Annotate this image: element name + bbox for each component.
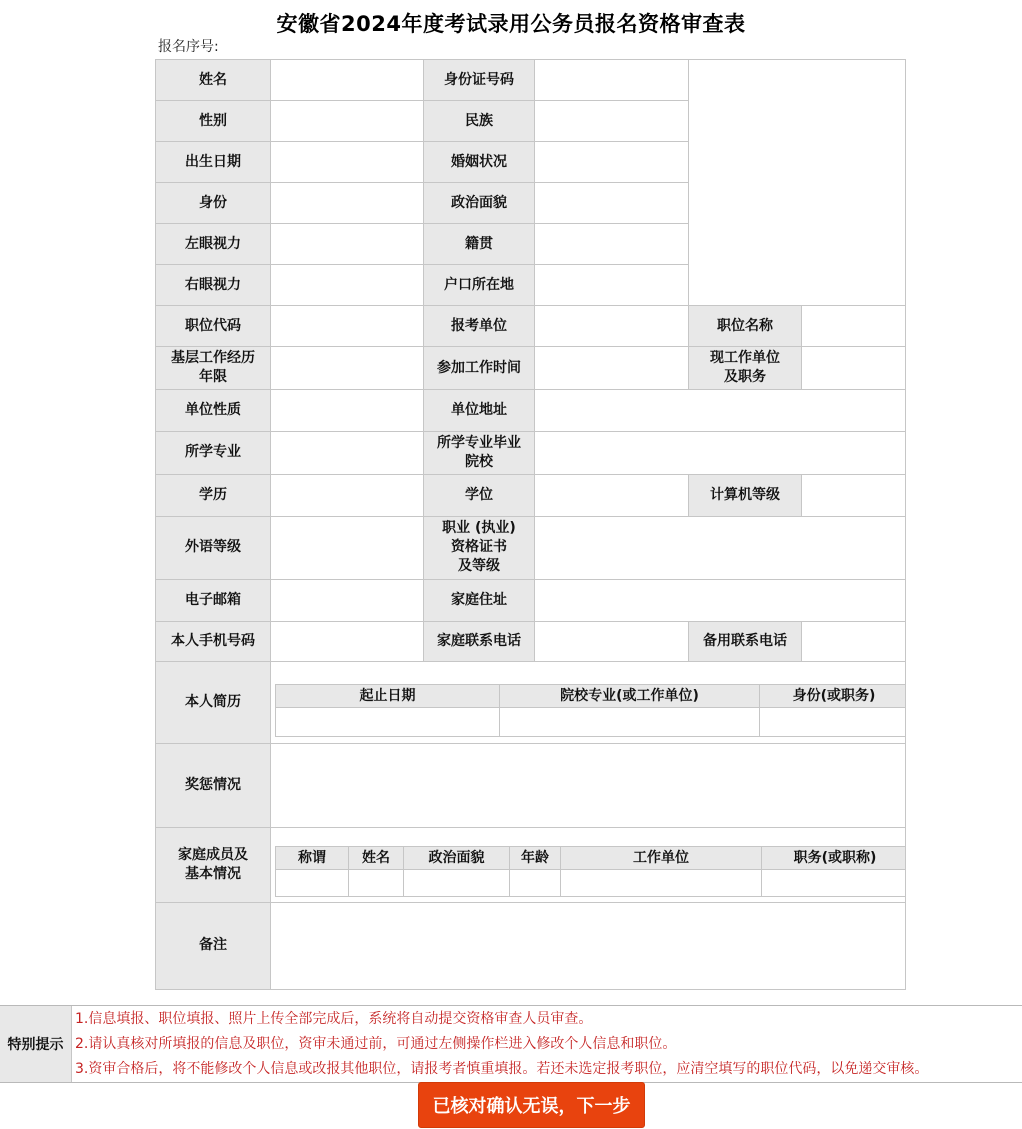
field-value-native-place bbox=[535, 224, 689, 265]
family-row-relation bbox=[276, 870, 349, 897]
field-label-gender: 性别 bbox=[156, 101, 271, 142]
field-value-marital-status bbox=[535, 142, 689, 183]
field-label-degree: 学位 bbox=[424, 474, 535, 516]
field-label-position-name: 职位名称 bbox=[689, 306, 802, 347]
field-label-marital-status: 婚姻状况 bbox=[424, 142, 535, 183]
notice-item-3: 3.资审合格后，将不能修改个人信息或改报其他职位，请报考者慎重填报。若还未选定报… bbox=[75, 1057, 1022, 1082]
field-value-backup-phone bbox=[802, 621, 906, 661]
field-value-ethnicity bbox=[535, 101, 689, 142]
field-value-unit-type bbox=[271, 390, 424, 432]
resume-content-cell: 起止日期 院校专业(或工作单位) 身份(或职务) bbox=[271, 661, 906, 743]
field-value-major bbox=[271, 432, 424, 475]
field-label-political-status: 政治面貌 bbox=[424, 183, 535, 224]
special-notice-body: 1.信息填报、职位填报、照片上传全部完成后，系统将自动提交资格审查人员审查。 2… bbox=[72, 1006, 1022, 1082]
special-notice-label: 特别提示 bbox=[0, 1006, 72, 1082]
field-value-identity bbox=[271, 183, 424, 224]
field-value-remarks bbox=[271, 902, 906, 989]
field-label-identity: 身份 bbox=[156, 183, 271, 224]
family-header-work-unit: 工作单位 bbox=[561, 847, 762, 870]
field-value-major-school bbox=[535, 432, 906, 475]
field-value-degree bbox=[535, 474, 689, 516]
family-content-cell: 称谓 姓名 政治面貌 年龄 工作单位 职务(或职称) bbox=[271, 827, 906, 902]
field-label-right-eye: 右眼视力 bbox=[156, 265, 271, 306]
notice-item-2: 2.请认真核对所填报的信息及职位，资审未通过前，可通过左侧操作栏进入修改个人信息… bbox=[75, 1032, 1022, 1057]
field-value-unit-address bbox=[535, 390, 906, 432]
field-value-right-eye bbox=[271, 265, 424, 306]
serial-number-label: 报名序号: bbox=[158, 36, 219, 56]
page-title: 安徽省2024年度考试录用公务员报名资格审查表 bbox=[0, 8, 1022, 38]
field-label-work-start-time: 参加工作时间 bbox=[424, 347, 535, 390]
photo-area bbox=[689, 60, 906, 306]
field-value-foreign-language bbox=[271, 516, 424, 579]
field-label-grassroots-years: 基层工作经历 年限 bbox=[156, 347, 271, 390]
confirm-next-button[interactable]: 已核对确认无误，下一步 bbox=[418, 1082, 645, 1128]
field-label-backup-phone: 备用联系电话 bbox=[689, 621, 802, 661]
family-row-duty bbox=[762, 870, 906, 897]
field-label-email: 电子邮箱 bbox=[156, 579, 271, 621]
field-value-left-eye bbox=[271, 224, 424, 265]
field-label-unit-address: 单位地址 bbox=[424, 390, 535, 432]
family-table: 称谓 姓名 政治面貌 年龄 工作单位 职务(或职称) bbox=[275, 846, 906, 897]
resume-header-school-or-unit: 院校专业(或工作单位) bbox=[500, 685, 760, 708]
field-label-apply-unit: 报考单位 bbox=[424, 306, 535, 347]
field-value-education bbox=[271, 474, 424, 516]
family-header-name: 姓名 bbox=[349, 847, 404, 870]
field-value-gender bbox=[271, 101, 424, 142]
field-value-email bbox=[271, 579, 424, 621]
resume-row-identity-or-duty bbox=[760, 708, 906, 737]
field-value-computer-level bbox=[802, 474, 906, 516]
field-label-unit-type: 单位性质 bbox=[156, 390, 271, 432]
special-notice: 特别提示 1.信息填报、职位填报、照片上传全部完成后，系统将自动提交资格审查人员… bbox=[0, 1005, 1022, 1083]
field-value-current-unit-duty bbox=[802, 347, 906, 390]
resume-header-identity-or-duty: 身份(或职务) bbox=[760, 685, 906, 708]
resume-table: 起止日期 院校专业(或工作单位) 身份(或职务) bbox=[275, 684, 906, 737]
field-value-name bbox=[271, 60, 424, 101]
field-label-household-location: 户口所在地 bbox=[424, 265, 535, 306]
field-value-grassroots-years bbox=[271, 347, 424, 390]
application-form-table: 姓名 身份证号码 性别 民族 出生日期 婚姻状况 身份 政治面貌 左眼视力 bbox=[155, 59, 906, 990]
field-label-mobile: 本人手机号码 bbox=[156, 621, 271, 661]
field-label-foreign-language: 外语等级 bbox=[156, 516, 271, 579]
family-header-age: 年龄 bbox=[510, 847, 561, 870]
field-label-major: 所学专业 bbox=[156, 432, 271, 475]
field-label-ethnicity: 民族 bbox=[424, 101, 535, 142]
field-value-professional-cert bbox=[535, 516, 906, 579]
family-row-age bbox=[510, 870, 561, 897]
field-label-rewards-punishments: 奖惩情况 bbox=[156, 743, 271, 827]
field-label-current-unit-duty: 现工作单位 及职务 bbox=[689, 347, 802, 390]
field-label-home-phone: 家庭联系电话 bbox=[424, 621, 535, 661]
field-label-id-number: 身份证号码 bbox=[424, 60, 535, 101]
resume-header-dates: 起止日期 bbox=[276, 685, 500, 708]
notice-item-1: 1.信息填报、职位填报、照片上传全部完成后，系统将自动提交资格审查人员审查。 bbox=[75, 1007, 1022, 1032]
field-label-left-eye: 左眼视力 bbox=[156, 224, 271, 265]
field-label-position-code: 职位代码 bbox=[156, 306, 271, 347]
resume-row-dates bbox=[276, 708, 500, 737]
field-label-remarks: 备注 bbox=[156, 902, 271, 989]
family-header-relation: 称谓 bbox=[276, 847, 349, 870]
field-label-name: 姓名 bbox=[156, 60, 271, 101]
family-row-name bbox=[349, 870, 404, 897]
field-label-computer-level: 计算机等级 bbox=[689, 474, 802, 516]
family-header-duty: 职务(或职称) bbox=[762, 847, 906, 870]
field-value-id-number bbox=[535, 60, 689, 101]
family-row-political-status bbox=[404, 870, 510, 897]
field-value-rewards-punishments bbox=[271, 743, 906, 827]
field-label-resume: 本人简历 bbox=[156, 661, 271, 743]
field-value-household-location bbox=[535, 265, 689, 306]
field-label-birth-date: 出生日期 bbox=[156, 142, 271, 183]
field-value-mobile bbox=[271, 621, 424, 661]
page: 安徽省2024年度考试录用公务员报名资格审查表 报名序号: 姓名 身份证号码 性… bbox=[0, 0, 1022, 1129]
field-label-education: 学历 bbox=[156, 474, 271, 516]
field-value-apply-unit bbox=[535, 306, 689, 347]
field-value-work-start-time bbox=[535, 347, 689, 390]
field-value-position-code bbox=[271, 306, 424, 347]
field-value-position-name bbox=[802, 306, 906, 347]
field-label-professional-cert: 职业 (执业) 资格证书 及等级 bbox=[424, 516, 535, 579]
field-value-home-phone bbox=[535, 621, 689, 661]
field-label-major-school: 所学专业毕业 院校 bbox=[424, 432, 535, 475]
field-value-political-status bbox=[535, 183, 689, 224]
field-label-home-address: 家庭住址 bbox=[424, 579, 535, 621]
resume-row-school-or-unit bbox=[500, 708, 760, 737]
family-row-work-unit bbox=[561, 870, 762, 897]
field-value-home-address bbox=[535, 579, 906, 621]
field-label-family-members: 家庭成员及 基本情况 bbox=[156, 827, 271, 902]
field-value-birth-date bbox=[271, 142, 424, 183]
family-header-political-status: 政治面貌 bbox=[404, 847, 510, 870]
field-label-native-place: 籍贯 bbox=[424, 224, 535, 265]
